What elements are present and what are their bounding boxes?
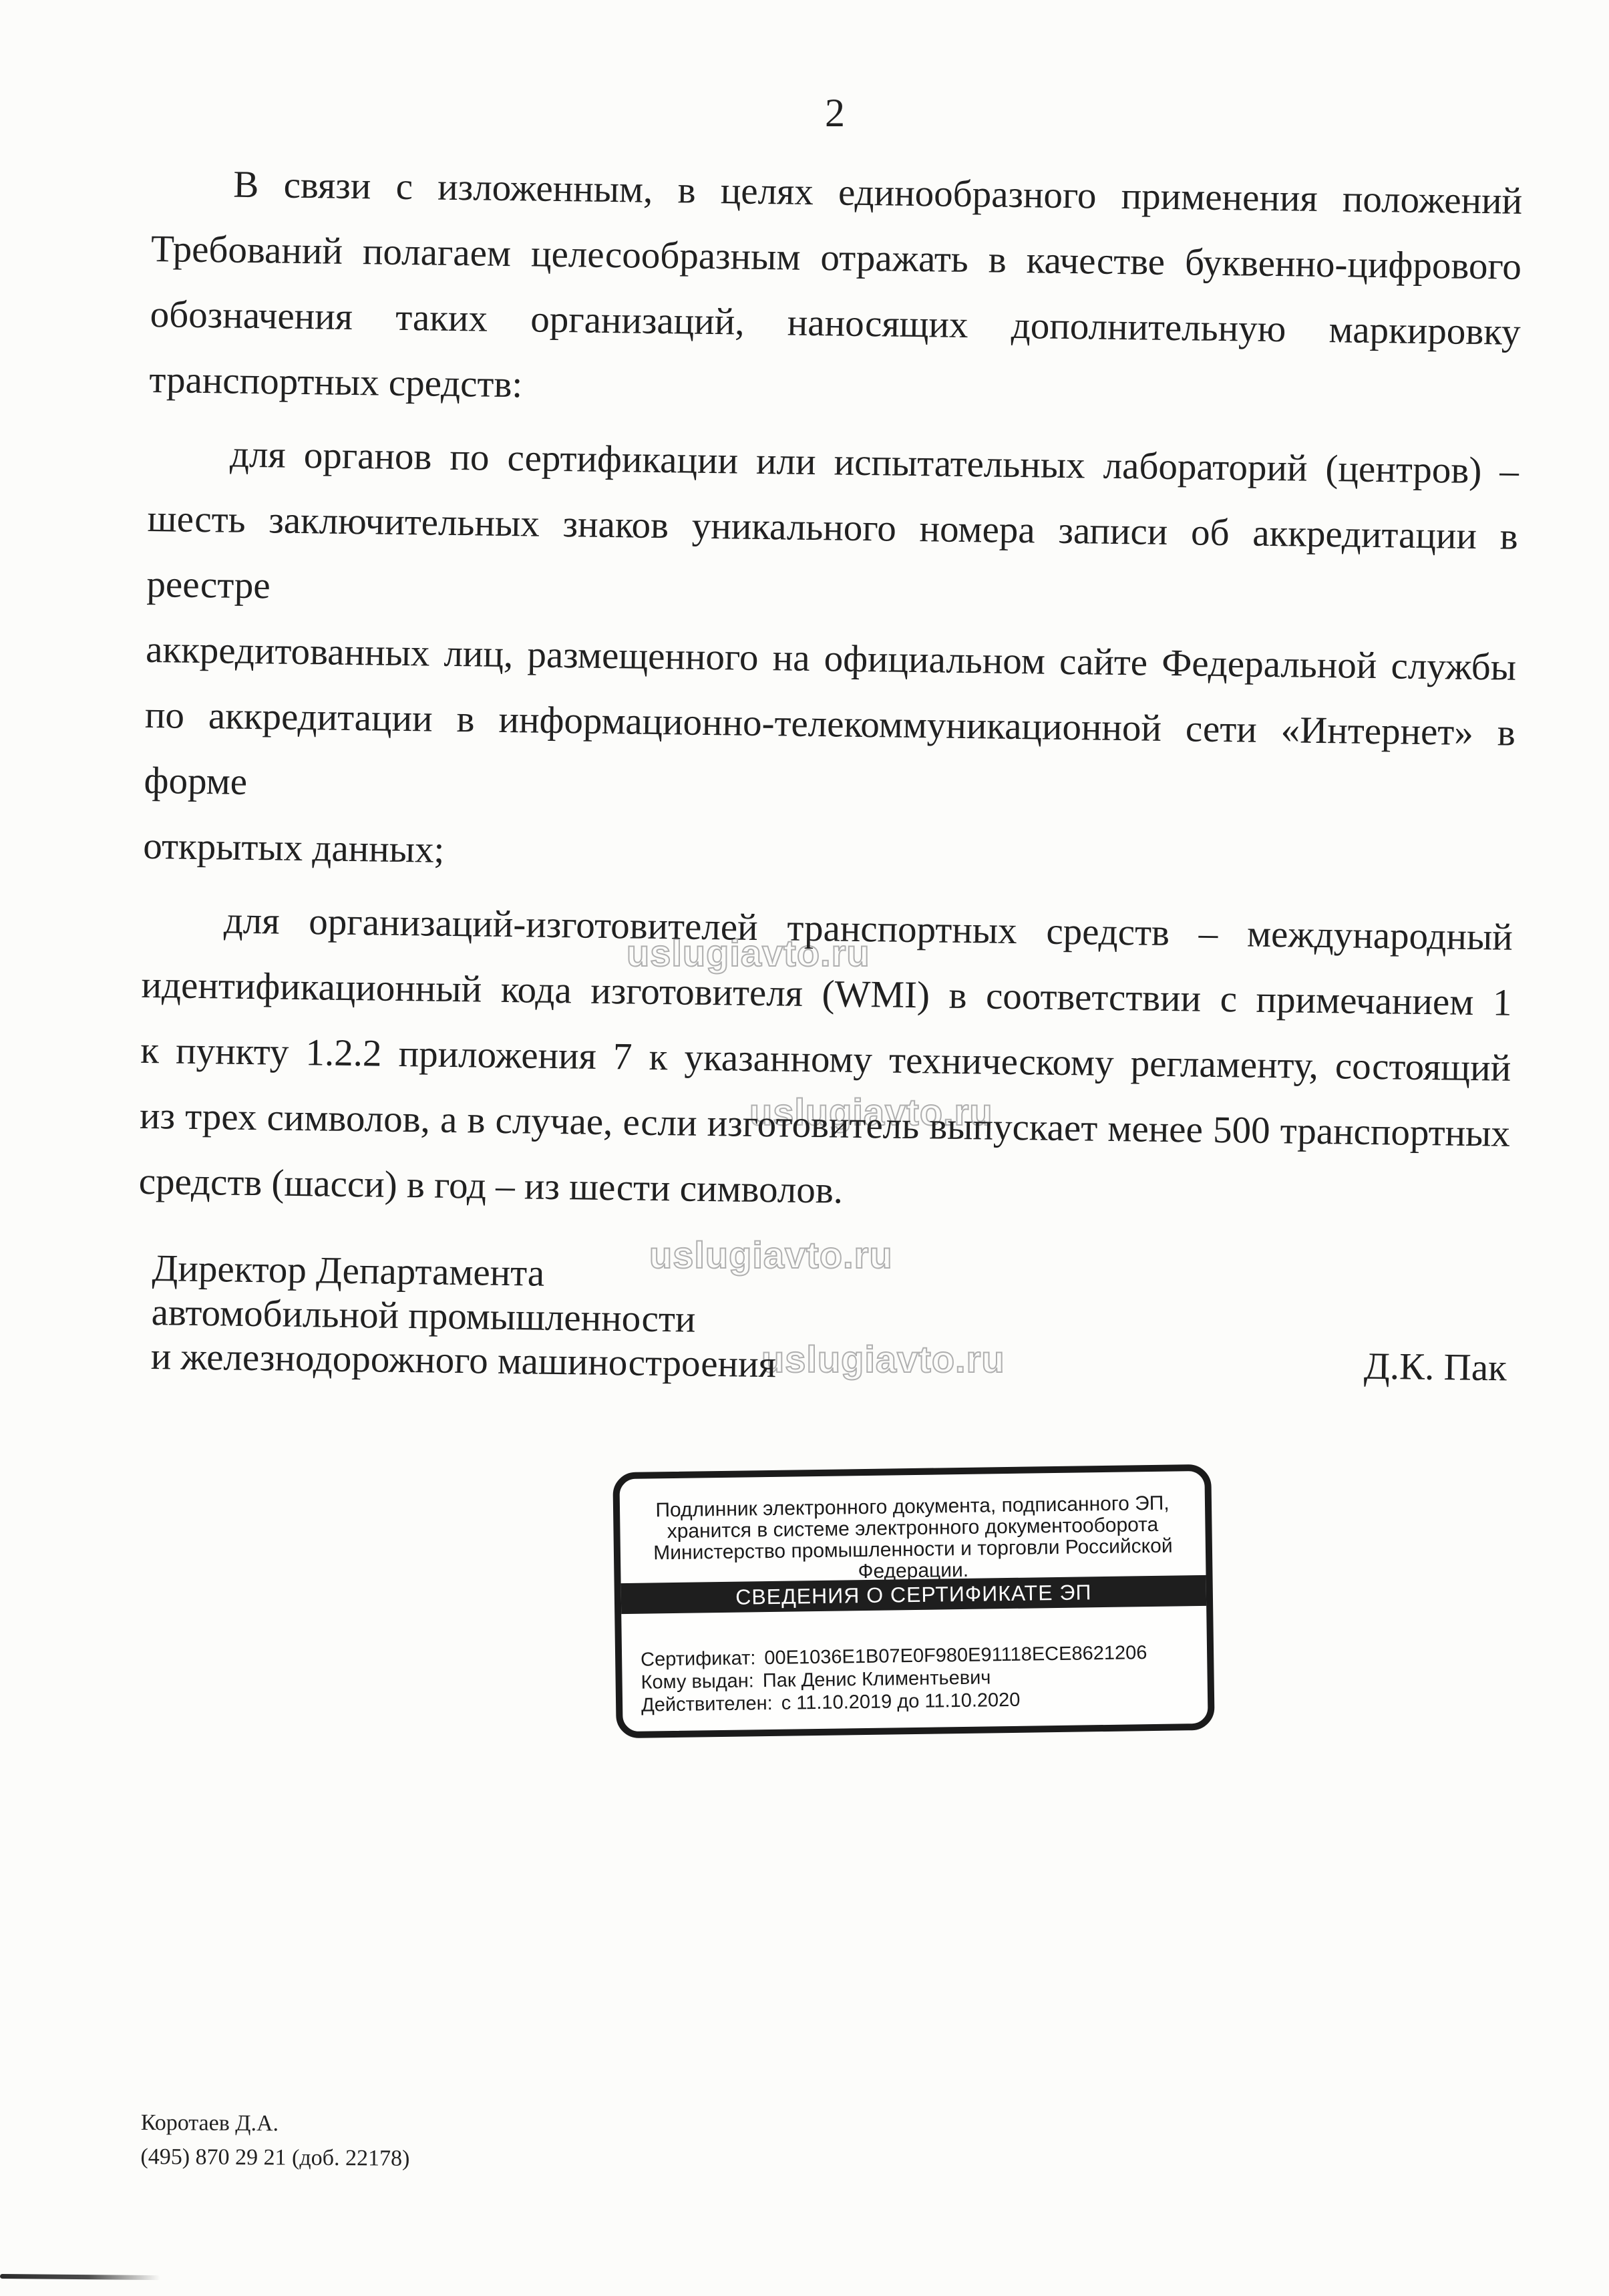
certificate-field-label: Действителен: [641, 1693, 773, 1716]
stamp-intro-text: Подлинник электронного документа, подпис… [632, 1492, 1194, 1586]
contact-footer: Коротаев Д.А.(495) 870 29 21 (доб. 22178… [140, 2106, 410, 2176]
certificate-field-value: с 11.10.2019 до 11.10.2020 [781, 1689, 1020, 1714]
scan-artifact-line [0, 2274, 160, 2280]
certificate-field-label: Сертификат: [641, 1647, 756, 1670]
contact-footer-line: Коротаев Д.А. [141, 2106, 410, 2142]
document-page: 2 uslugiavto.ru uslugiavto.ru uslugiavto… [0, 0, 1609, 2296]
letter-body: В связи с изложенным, в целях единообраз… [138, 151, 1523, 1233]
certificate-fields: Сертификат:00E1036E1B07E0F980E91118ECE86… [641, 1641, 1197, 1717]
page-number: 2 [801, 92, 868, 134]
text-line: шесть заключительных знаков уникального … [146, 486, 1518, 635]
watermark: uslugiavto.ru [761, 1340, 1005, 1379]
paragraph: для организаций-изготовителей транспортн… [138, 887, 1513, 1233]
certificate-field-value: 00E1036E1B07E0F980E91118ECE8621206 [764, 1642, 1147, 1669]
signer-title-line: и железнодорожного машиностроения [150, 1335, 776, 1387]
signer-title: Директор Департаментаавтомобильной промы… [150, 1247, 777, 1387]
paragraph: для органов по сертификации или испытате… [143, 421, 1519, 897]
certificate-field-label: Кому выдан: [641, 1670, 754, 1693]
text-line: по аккредитации в информационно-телекомм… [144, 683, 1515, 832]
signer-title-line: Директор Департамента [152, 1247, 777, 1299]
contact-footer-line: (495) 870 29 21 (доб. 22178) [140, 2140, 409, 2176]
signer-name: Д.К. Пак [1364, 1345, 1507, 1391]
digital-signature-stamp: Подлинник электронного документа, подпис… [612, 1464, 1214, 1738]
signer-title-line: автомобильной промышленности [151, 1291, 777, 1343]
certificate-field-value: Пак Денис Климентьевич [763, 1667, 991, 1691]
paragraph: В связи с изложенным, в целях единообраз… [149, 151, 1523, 431]
